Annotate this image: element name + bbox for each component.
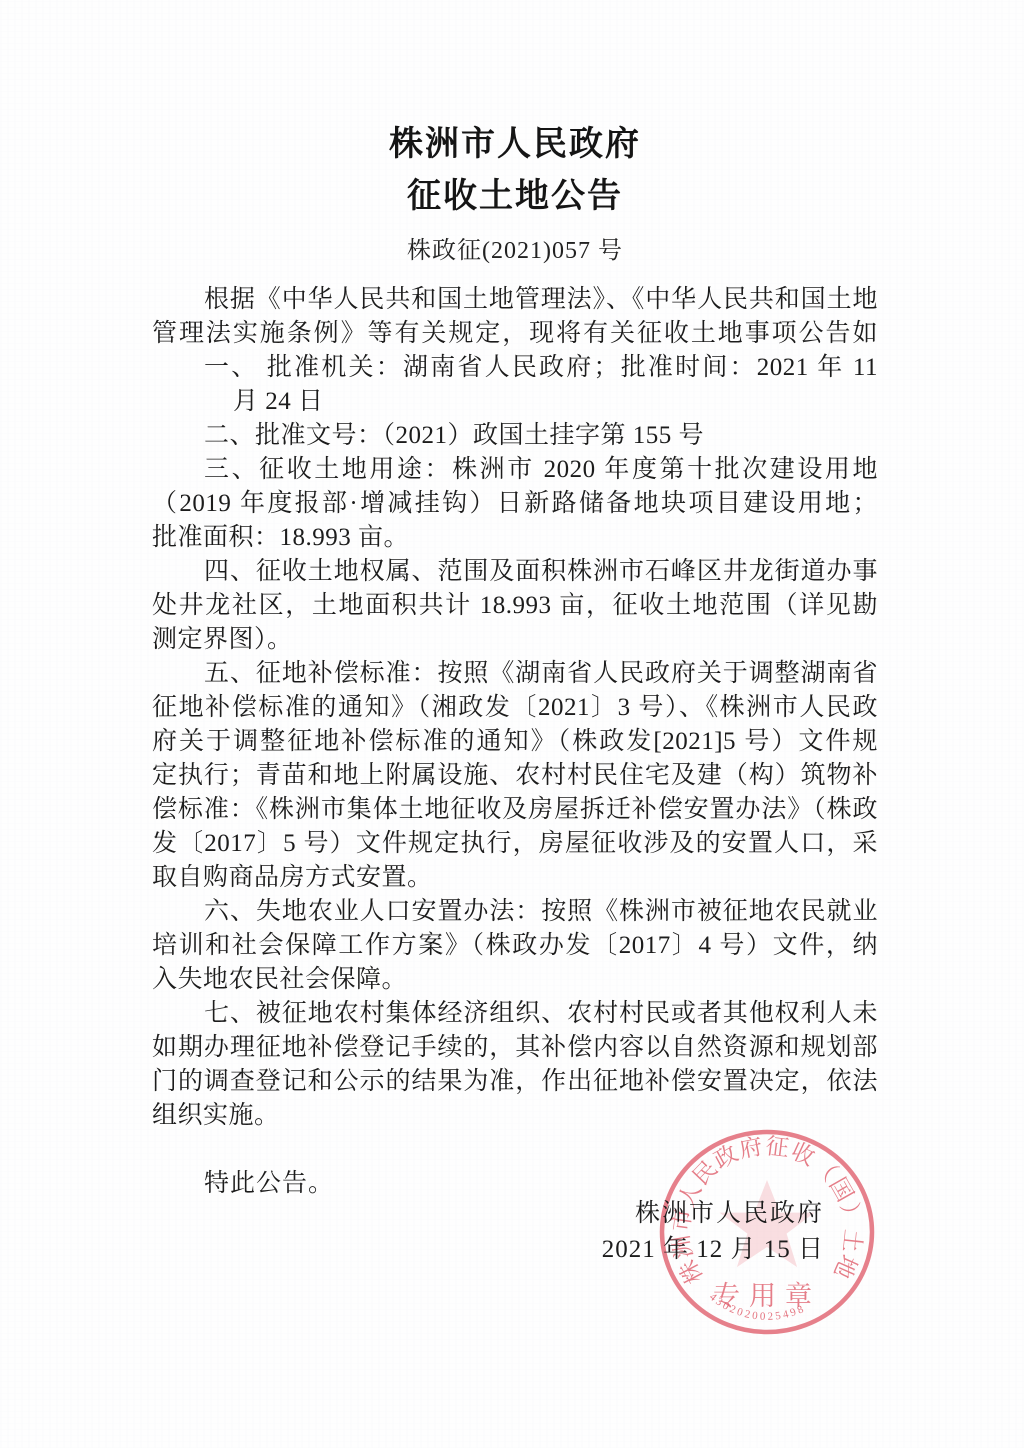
body-line: 发〔2017〕5 号）文件规定执行，房屋征收涉及的安置人口，采 [152, 827, 878, 861]
body-line: 五、征地补偿标准：按照《湖南省人民政府关于调整湖南省 [152, 657, 878, 691]
doc-number: 株政征(2021)057 号 [152, 234, 878, 268]
body-line: 府关于调整征地补偿标准的通知》（株政发[2021]5 号）文件规 [152, 725, 878, 759]
body-line: 月 24 日 [152, 385, 878, 419]
body-line: 二、批准文号：（2021）政国土挂字第 155 号 [152, 419, 878, 453]
document-header: 株洲市人民政府 征收土地公告 株政征(2021)057 号 [152, 118, 878, 268]
body-line: 管理法实施条例》等有关规定，现将有关征收土地事项公告如下： [152, 317, 878, 351]
body-line: 处井龙社区，土地面积共计 18.993 亩，征收土地范围（详见勘 [152, 589, 878, 623]
closing-line: 特此公告。 [204, 1167, 334, 1201]
issue-date: 2021 年 12 月 15 日 [602, 1233, 824, 1267]
body-line: 根据《中华人民共和国土地管理法》、《中华人民共和国土地 [152, 283, 878, 317]
body-line: 三、征收土地用途：株洲市 2020 年度第十批次建设用地 [152, 453, 878, 487]
official-seal: 株洲市人民政府征收（国）土地公告 专用章 4302020025498 [656, 1121, 878, 1343]
body-line: 测定界图）。 [152, 623, 878, 657]
body-line: 入失地农民社会保障。 [152, 963, 878, 997]
announcement-subtitle: 征收土地公告 [152, 170, 878, 222]
body-line: 七、被征地农村集体经济组织、农村村民或者其他权利人未 [152, 997, 878, 1031]
body-line: 一、 批准机关：湖南省人民政府；批准时间：2021 年 11 [152, 351, 878, 385]
body-line: 组织实施。 [152, 1099, 878, 1133]
body-line: 六、失地农业人口安置办法：按照《株洲市被征地农民就业 [152, 895, 878, 929]
body-line: 征地补偿标准的通知》（湘政发〔2021〕3 号）、《株洲市人民政 [152, 691, 878, 725]
body-line: 培训和社会保障工作方案》（株政办发〔2017〕4 号）文件，纳 [152, 929, 878, 963]
body-line: 如期办理征地补偿登记手续的，其补偿内容以自然资源和规划部 [152, 1031, 878, 1065]
body-line: 取自购商品房方式安置。 [152, 861, 878, 895]
signer-name: 株洲市人民政府 [635, 1197, 824, 1231]
body-line: 定执行；青苗和地上附属设施、农村村民住宅及建（构）筑物补 [152, 759, 878, 793]
body-line: 门的调查登记和公示的结果为准，作出征地补偿安置决定，依法 [152, 1065, 878, 1099]
document-page: 株洲市人民政府 征收土地公告 株政征(2021)057 号 根据《中华人民共和国… [0, 0, 1024, 1448]
body-text: 根据《中华人民共和国土地管理法》、《中华人民共和国土地管理法实施条例》等有关规定… [152, 283, 878, 1133]
body-line: 批准面积：18.993 亩。 [152, 521, 878, 555]
document-title: 株洲市人民政府 [152, 118, 878, 170]
body-line: 偿标准：《株洲市集体土地征收及房屋拆迁补偿安置办法》（株政 [152, 793, 878, 827]
body-line: 四、征收土地权属、范围及面积株洲市石峰区井龙街道办事 [152, 555, 878, 589]
body-line: （2019 年度报部·增减挂钩）日新路储备地块项目建设用地； [152, 487, 878, 521]
